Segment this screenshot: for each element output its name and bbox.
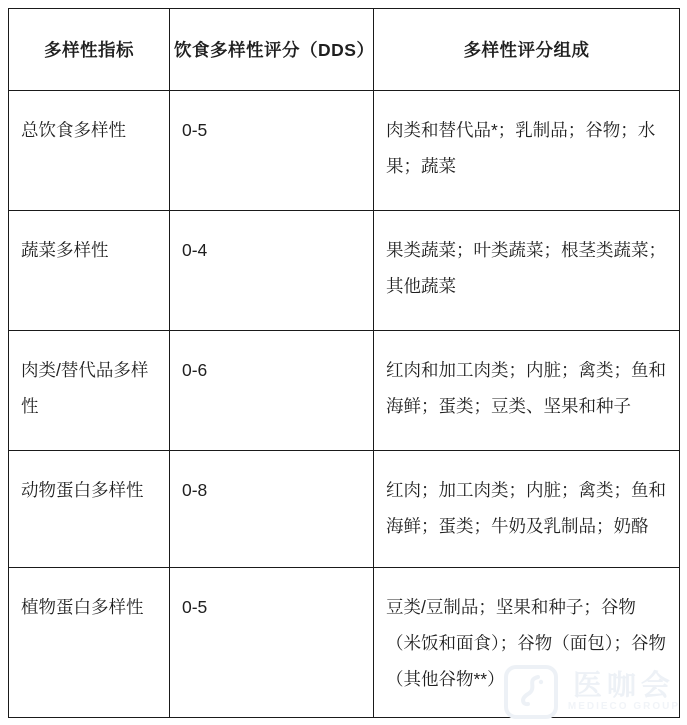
cell-score: 0-5 (170, 568, 374, 718)
cell-composition: 红肉；加工肉类；内脏；禽类；鱼和海鲜；蛋类；牛奶及乳制品；奶酪 (374, 451, 680, 568)
page: 多样性指标 饮食多样性评分（DDS） 多样性评分组成 总饮食多样性 0-5 肉类… (0, 0, 687, 725)
cell-composition: 肉类和替代品*；乳制品；谷物；水果；蔬菜 (374, 91, 680, 211)
cell-indicator: 植物蛋白多样性 (9, 568, 170, 718)
cell-composition: 豆类/豆制品；坚果和种子；谷物（米饭和面食）；谷物（面包）；谷物（其他谷物**） (374, 568, 680, 718)
cell-indicator: 蔬菜多样性 (9, 211, 170, 331)
header-dds-score: 饮食多样性评分（DDS） (170, 9, 374, 91)
cell-indicator: 动物蛋白多样性 (9, 451, 170, 568)
cell-indicator: 总饮食多样性 (9, 91, 170, 211)
cell-score: 0-4 (170, 211, 374, 331)
table-row: 植物蛋白多样性 0-5 豆类/豆制品；坚果和种子；谷物（米饭和面食）；谷物（面包… (9, 568, 680, 718)
table-header: 多样性指标 饮食多样性评分（DDS） 多样性评分组成 (9, 9, 680, 91)
cell-score: 0-6 (170, 331, 374, 451)
cell-indicator: 肉类/替代品多样性 (9, 331, 170, 451)
cell-composition: 果类蔬菜；叶类蔬菜；根茎类蔬菜；其他蔬菜 (374, 211, 680, 331)
cell-composition: 红肉和加工肉类；内脏；禽类；鱼和海鲜；蛋类；豆类、坚果和种子 (374, 331, 680, 451)
table-row: 蔬菜多样性 0-4 果类蔬菜；叶类蔬菜；根茎类蔬菜；其他蔬菜 (9, 211, 680, 331)
header-indicator: 多样性指标 (9, 9, 170, 91)
table-row: 动物蛋白多样性 0-8 红肉；加工肉类；内脏；禽类；鱼和海鲜；蛋类；牛奶及乳制品… (9, 451, 680, 568)
cell-score: 0-8 (170, 451, 374, 568)
header-composition: 多样性评分组成 (374, 9, 680, 91)
cell-score: 0-5 (170, 91, 374, 211)
table-row: 肉类/替代品多样性 0-6 红肉和加工肉类；内脏；禽类；鱼和海鲜；蛋类；豆类、坚… (9, 331, 680, 451)
table-body: 总饮食多样性 0-5 肉类和替代品*；乳制品；谷物；水果；蔬菜 蔬菜多样性 0-… (9, 91, 680, 718)
dds-table: 多样性指标 饮食多样性评分（DDS） 多样性评分组成 总饮食多样性 0-5 肉类… (8, 8, 680, 718)
header-row: 多样性指标 饮食多样性评分（DDS） 多样性评分组成 (9, 9, 680, 91)
table-row: 总饮食多样性 0-5 肉类和替代品*；乳制品；谷物；水果；蔬菜 (9, 91, 680, 211)
